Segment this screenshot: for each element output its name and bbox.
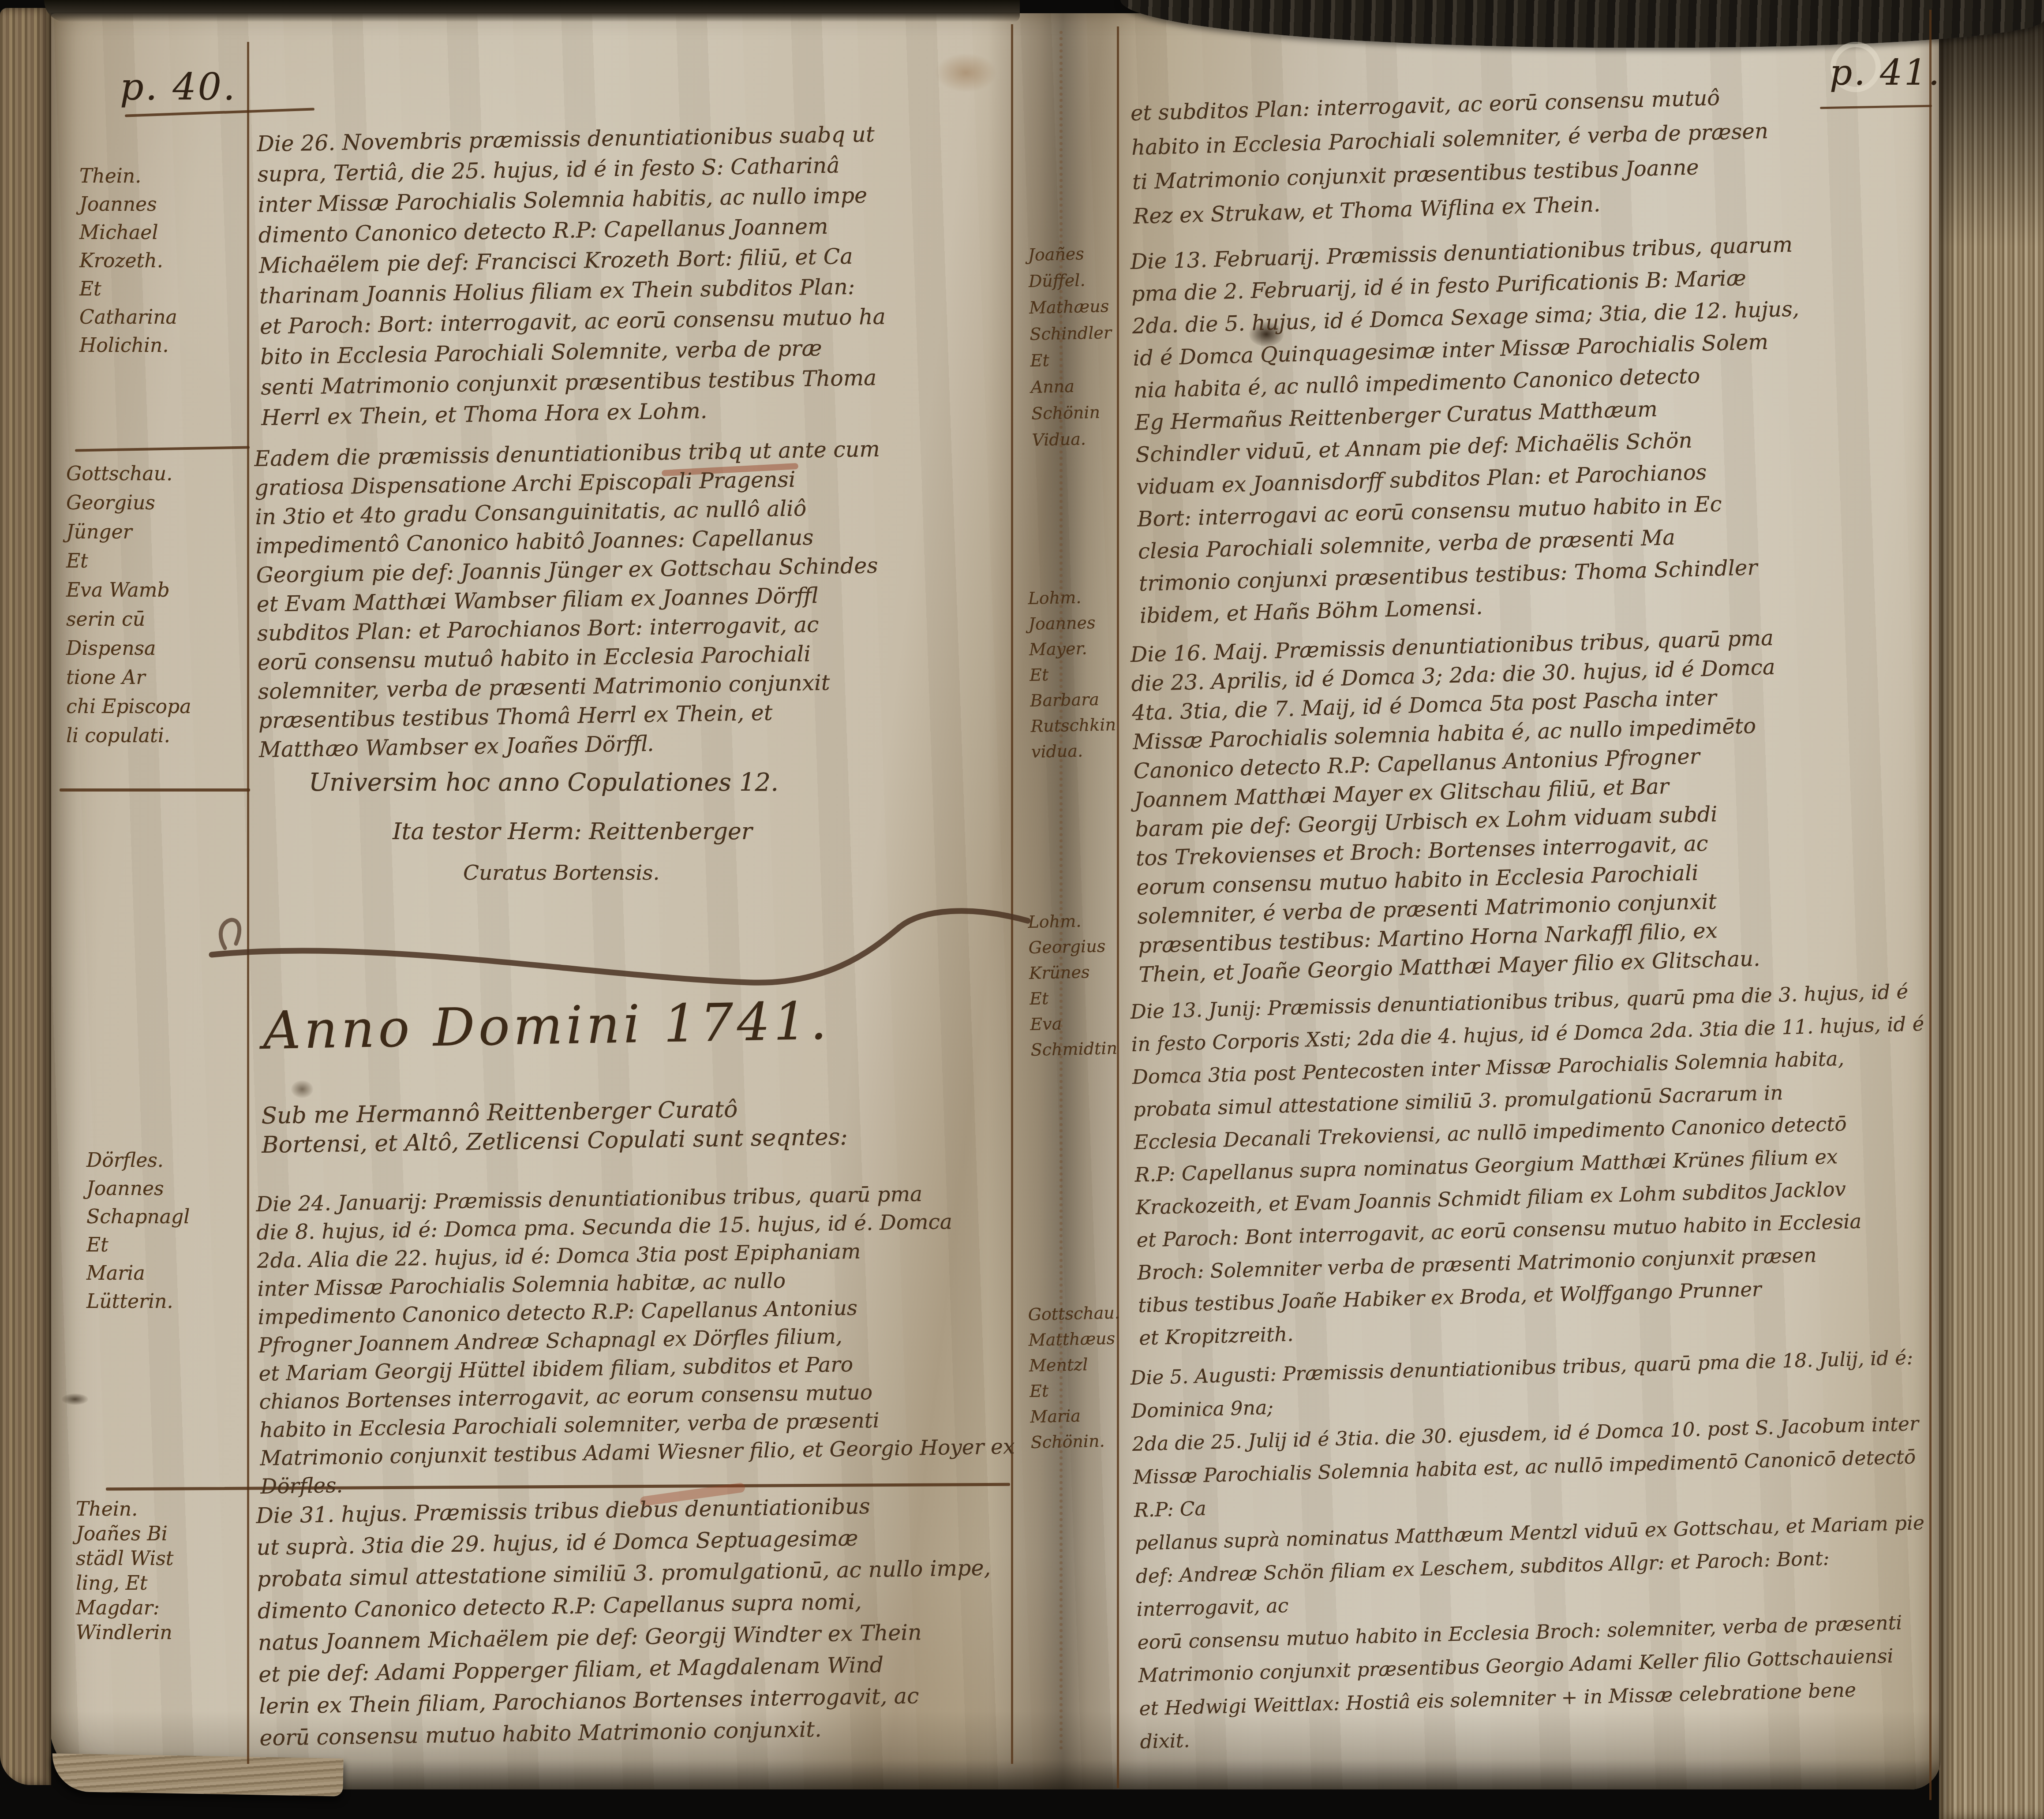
record-paragraph: Die 13. Junij: Præmissis denuntiationibu… — [1130, 975, 1936, 1355]
record-paragraph: et subditos Plan: interrogavit, ac eorū … — [1130, 75, 1930, 234]
record-paragraph: Die 13. Februarij. Præmissis denuntiatio… — [1130, 225, 1936, 632]
margin-entry: Lohm. Georgius Krünes Et Eva Schmidtin — [1028, 907, 1130, 1063]
margin-entry: Joañes Düffel. Mathæus Schindler Et Anna… — [1028, 239, 1131, 453]
margin-entry: Lohm. Joannes Mayer. Et Barbara Rutschki… — [1028, 583, 1131, 765]
record-paragraph: Die 16. Maij. Præmissis denuntiationibus… — [1130, 620, 1935, 990]
manuscript-book-scan: p. 40. Thein. Joannes Michael Krozeth. E… — [0, 0, 2044, 1819]
record-paragraph: Die 5. Augusti: Præmissis denuntiationib… — [1130, 1341, 1937, 1759]
right-page: p. 41. Joañes Düffel. Mathæus Schindler … — [0, 0, 2044, 1819]
margin-entry: Gottschau. Matthæus Mentzl Et Maria Schö… — [1028, 1300, 1130, 1455]
